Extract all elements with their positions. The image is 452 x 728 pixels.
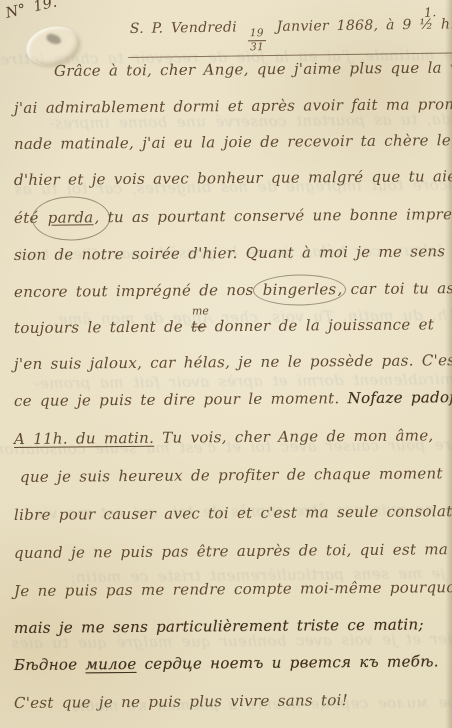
struck-word: te bbox=[191, 317, 207, 335]
letter-line-14: quand je ne puis pas être auprès de toi,… bbox=[14, 540, 452, 562]
letter-line-08: toujours le talent de mete donner de la … bbox=[14, 315, 434, 337]
line-08-post: donner de la jouissance et bbox=[207, 315, 435, 335]
inserted-word: me bbox=[192, 304, 209, 317]
letter-line-02: j'ai admirablement dormi et après avoir … bbox=[14, 95, 452, 117]
line-07-post: , car toi tu as bbox=[337, 279, 452, 298]
line-17-pre: Бѣдное bbox=[14, 655, 86, 674]
dateline: S. P. Vendredi 1931 Janvier 1868, à 9 ½ … bbox=[128, 15, 452, 58]
correction-te-me: mete bbox=[191, 317, 207, 335]
date-gregorian: 31 bbox=[250, 41, 264, 53]
letter-line-11: A 11h. du matin. Tu vois, cher Ange de m… bbox=[14, 426, 434, 448]
letter-page: nade matinale, j'ai eu la joie de recevo… bbox=[0, 0, 452, 728]
letter-line-01: Grâce à toi, cher Ange, que j'aime plus … bbox=[54, 58, 452, 80]
pencil-circled-word-bingerles: bingerles bbox=[253, 274, 347, 306]
line-17-post: сердце ноетъ и рвется къ тебѣ. bbox=[136, 652, 438, 673]
letter-line-09: j'en suis jaloux, car hélas, je ne le po… bbox=[14, 351, 452, 373]
letter-line-12: que je suis heureux de profiter de chaqu… bbox=[20, 464, 443, 486]
date-julian: 19 bbox=[248, 28, 266, 41]
letter-line-13: libre pour causer avec toi et c'est ma s… bbox=[14, 502, 452, 524]
line-07-pre: encore tout imprégné de nos bbox=[14, 281, 262, 301]
letter-line-03: nade matinale, j'ai eu la joie de recevo… bbox=[14, 131, 452, 153]
dateline-suffix: Janvier 1868, à 9 ½ h. du matin. bbox=[276, 15, 452, 35]
letter-number-label: N° 19. bbox=[4, 0, 59, 22]
line-08-pre: toujours le talent de bbox=[14, 317, 191, 337]
line-10-pre: ce que je puis te dire pour le moment. bbox=[14, 389, 348, 410]
line-05-post: , tu as pourtant conservé une bonne impr… bbox=[94, 205, 452, 226]
dateline-prefix: S. P. Vendredi bbox=[130, 19, 237, 36]
letter-line-15: Je ne puis pas me rendre compte moi-même… bbox=[14, 578, 452, 600]
line-11-rest: Tu vois, cher Ange de mon âme, bbox=[154, 426, 434, 446]
underlined-russian-word: милое bbox=[85, 655, 136, 673]
letter-line-05: été parda, tu as pourtant conservé une b… bbox=[14, 204, 452, 228]
letter-line-10: ce que je puis te dire pour le moment. N… bbox=[14, 388, 452, 410]
letter-line-18: C'est que je ne puis plus vivre sans toi… bbox=[14, 691, 348, 712]
letter-line-16: mais je me sens particulièrement triste … bbox=[14, 615, 424, 637]
julian-gregorian-date: 1931 bbox=[248, 28, 266, 52]
letter-line-04: d'hier et je vois avec bonheur que malgr… bbox=[14, 167, 452, 189]
letter-line-07: encore tout imprégné de nos bingerles, c… bbox=[14, 278, 452, 302]
seal-smudge bbox=[45, 32, 62, 45]
letter-line-17: Бѣдное милое сердце ноетъ и рвется къ те… bbox=[14, 652, 439, 674]
time-heading: A 11h. du matin. bbox=[14, 429, 154, 448]
closing-phrase: Nofaze padofy. bbox=[348, 388, 452, 407]
letter-line-06: sion de notre soirée d'hier. Quant à moi… bbox=[14, 242, 446, 264]
